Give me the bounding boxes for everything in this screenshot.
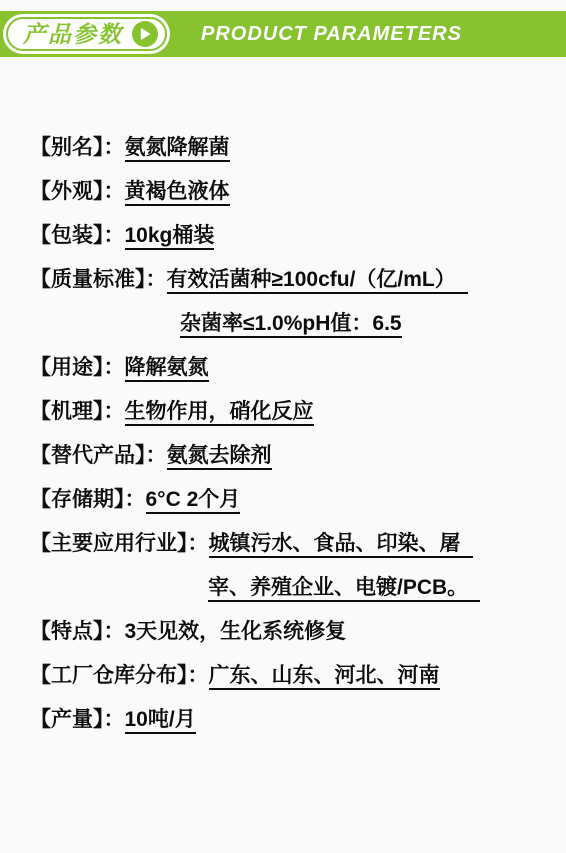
parameter-label: 【包装】： xyxy=(30,224,125,247)
parameter-line: 【主要应用行业】：城镇污水、食品、印染、屠 xyxy=(30,522,566,566)
parameter-line: 【替代产品】：氨氮去除剂 xyxy=(30,434,566,478)
parameter-value: 杂菌率≤1.0%pH值：6.5 xyxy=(180,312,402,338)
parameter-line: 宰、养殖企业、电镀/PCB。 xyxy=(30,566,566,610)
parameter-value: 3天见效，生化系统修复 xyxy=(125,620,347,643)
parameter-value: 氨氮去除剂 xyxy=(167,444,272,470)
parameter-row: 【存储期】：6°C 2个月 xyxy=(30,478,566,522)
parameter-row: 【机理】：生物作用，硝化反应 xyxy=(30,390,566,434)
parameter-line: 【包装】：10kg桶装 xyxy=(30,214,566,258)
parameter-label: 【质量标准】： xyxy=(30,268,167,291)
parameter-row: 【外观】：黄褐色液体 xyxy=(30,170,566,214)
parameter-value: 生物作用，硝化反应 xyxy=(125,400,314,426)
parameter-value: 氨氮降解菌 xyxy=(125,136,230,162)
parameter-row: 【别名】：氨氮降解菌 xyxy=(30,126,566,170)
parameter-line: 【特点】：3天见效，生化系统修复 xyxy=(30,610,566,654)
parameter-row: 【产量】：10吨/月 xyxy=(30,698,566,742)
parameter-line: 【机理】：生物作用，硝化反应 xyxy=(30,390,566,434)
parameter-label: 【特点】： xyxy=(30,620,125,643)
parameter-value: 城镇污水、食品、印染、屠 xyxy=(209,532,473,558)
parameter-line: 【用途】：降解氨氮 xyxy=(30,346,566,390)
section-header: 产品参数 PRODUCT PARAMETERS xyxy=(0,11,566,57)
play-icon xyxy=(132,21,158,47)
section-badge-label: 产品参数 xyxy=(23,21,123,47)
parameter-row: 【主要应用行业】：城镇污水、食品、印染、屠宰、养殖企业、电镀/PCB。 xyxy=(30,522,566,610)
parameter-label: 【工厂仓库分布】： xyxy=(30,664,209,687)
parameter-row: 【特点】：3天见效，生化系统修复 xyxy=(30,610,566,654)
parameter-value: 10kg桶装 xyxy=(125,224,215,250)
parameters-list: 【别名】：氨氮降解菌【外观】：黄褐色液体【包装】：10kg桶装【质量标准】：有效… xyxy=(0,126,566,742)
parameter-label: 【外观】： xyxy=(30,180,125,203)
section-badge: 产品参数 xyxy=(3,14,170,54)
parameter-row: 【用途】：降解氨氮 xyxy=(30,346,566,390)
parameter-line: 【产量】：10吨/月 xyxy=(30,698,566,742)
parameter-label: 【替代产品】： xyxy=(30,444,167,467)
parameter-row: 【包装】：10kg桶装 xyxy=(30,214,566,258)
parameter-value: 有效活菌种≥100cfu/（亿/mL） xyxy=(167,268,468,294)
section-title-en: PRODUCT PARAMETERS xyxy=(201,23,462,46)
parameter-label: 【别名】： xyxy=(30,136,125,159)
parameter-row: 【工厂仓库分布】：广东、山东、河北、河南 xyxy=(30,654,566,698)
parameter-label: 【主要应用行业】： xyxy=(30,532,209,555)
parameter-line: 【存储期】：6°C 2个月 xyxy=(30,478,566,522)
parameter-value: 10吨/月 xyxy=(125,708,196,734)
parameter-value: 广东、山东、河北、河南 xyxy=(209,664,440,690)
parameter-line: 【质量标准】：有效活菌种≥100cfu/（亿/mL） xyxy=(30,258,566,302)
parameter-value: 黄褐色液体 xyxy=(125,180,230,206)
parameter-line: 杂菌率≤1.0%pH值：6.5 xyxy=(30,302,566,346)
section-badge-inner: 产品参数 xyxy=(6,17,167,51)
parameter-value: 6°C 2个月 xyxy=(146,488,241,514)
parameter-label: 【用途】： xyxy=(30,356,125,379)
parameter-label: 【机理】： xyxy=(30,400,125,423)
product-parameters-page: 产品参数 PRODUCT PARAMETERS 【别名】：氨氮降解菌【外观】：黄… xyxy=(0,0,566,853)
parameter-row: 【替代产品】：氨氮去除剂 xyxy=(30,434,566,478)
parameter-label: 【产量】： xyxy=(30,708,125,731)
parameter-row: 【质量标准】：有效活菌种≥100cfu/（亿/mL）杂菌率≤1.0%pH值：6.… xyxy=(30,258,566,346)
parameter-value: 降解氨氮 xyxy=(125,356,209,382)
parameter-line: 【工厂仓库分布】：广东、山东、河北、河南 xyxy=(30,654,566,698)
parameter-label: 【存储期】： xyxy=(30,488,146,511)
parameter-value: 宰、养殖企业、电镀/PCB。 xyxy=(208,576,480,602)
parameter-line: 【外观】：黄褐色液体 xyxy=(30,170,566,214)
parameter-line: 【别名】：氨氮降解菌 xyxy=(30,126,566,170)
